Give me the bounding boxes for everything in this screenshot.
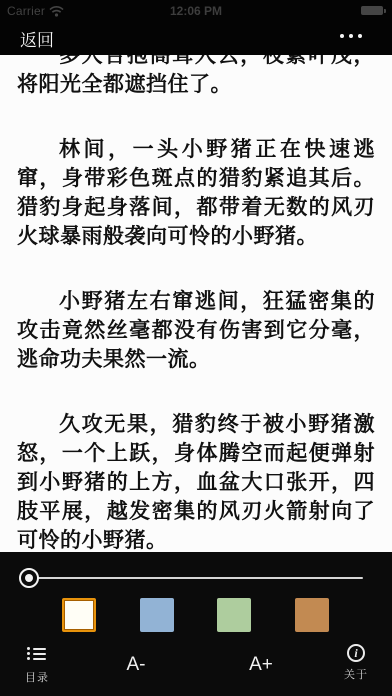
settings-panel: 目录 A- A+ i 关于 [0,552,392,696]
paragraph: 林间，一头小野猪正在快速逃窜，身带彩色斑点的猎豹紧追其后。猎豹身起身落间，都带着… [0,135,392,251]
nav-bar: 返回 [0,20,392,55]
status-bar: Carrier 12:06 PM [0,0,392,20]
clock: 12:06 PM [0,4,392,18]
toc-button[interactable]: 目录 [25,646,49,685]
slider-track[interactable] [29,577,363,579]
font-smaller-button[interactable]: A- [127,654,146,676]
ebook-reader-screen: 多人合抱高耸入云，枝繁叶茂，将阳光全都遮挡住了。 林间，一头小野猪正在快速逃窜，… [0,0,392,696]
ellipsis-icon[interactable] [340,34,362,38]
info-icon: i [347,644,365,662]
font-larger-button[interactable]: A+ [249,654,273,676]
toc-label: 目录 [25,669,49,685]
font-larger-label: A+ [249,654,273,675]
theme-swatch-brown[interactable] [295,598,329,632]
back-button[interactable]: 返回 [20,26,54,51]
theme-swatch-blue[interactable] [140,598,174,632]
battery-icon [361,6,386,15]
about-label: 关于 [344,666,368,682]
reading-area: 多人合抱高耸入云，枝繁叶茂，将阳光全都遮挡住了。 林间，一头小野猪正在快速逃窜，… [0,0,392,552]
paragraph: 小野猪左右窜逃间，狂猛密集的攻击竟然丝毫都没有伤害到它分毫，逃命功夫果然一流。 [0,287,392,374]
about-button[interactable]: i 关于 [344,644,368,682]
top-bars: Carrier 12:06 PM 返回 [0,0,392,55]
progress-slider[interactable] [0,552,392,604]
font-smaller-label: A- [127,654,146,675]
slider-knob[interactable] [19,568,39,588]
theme-swatch-green[interactable] [217,598,251,632]
theme-swatch-white[interactable] [62,598,96,632]
paragraph: 久攻无果，猎豹终于被小野猪激怒，一个上跃，身体腾空而起便弹射到小野猪的上方，血盆… [0,410,392,552]
list-icon [27,646,47,663]
